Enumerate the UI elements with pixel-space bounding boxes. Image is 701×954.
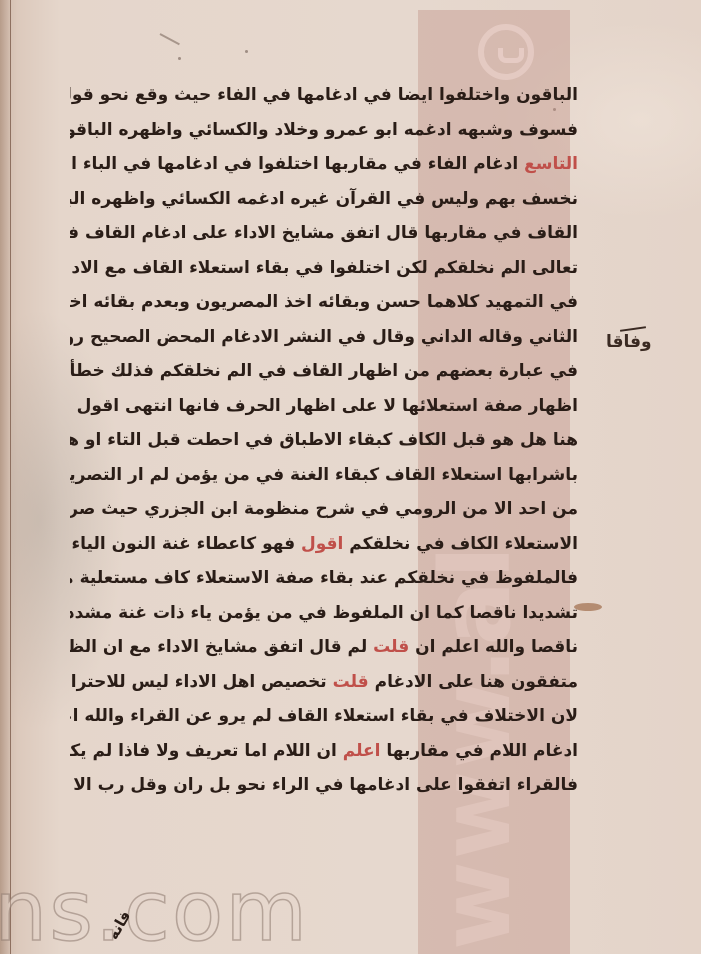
rubric-heading: اقول [301, 534, 343, 554]
rubric-heading: قلت [373, 637, 409, 657]
text-segment: تخصيص اهل الاداء ليس للاحتراز عن القراء … [70, 672, 333, 692]
text-line: في عبارة بعضهم من اظهار القاف في الم نخل… [70, 354, 578, 389]
rubric-heading: التاسع [524, 154, 578, 174]
ink-speck [245, 50, 248, 53]
manuscript-text-block: الباقون واختلفوا ايضا في ادغامها في الفا… [70, 78, 578, 803]
text-segment: فهو كاعطاء غنة النون الياء في من يؤمن [70, 534, 301, 554]
text-line: هنا هل هو قبل الكاف كبقاء الاطباق في احط… [70, 423, 578, 458]
text-segment: فالملفوظ في نخلقكم عند بقاء صفة الاستعلا… [70, 568, 578, 588]
text-segment: الاستعلاء الكاف في نخلقكم [343, 534, 578, 554]
rubric-heading: قلت [333, 672, 369, 692]
text-line: متفقون هنا على الادغام قلت تخصيص اهل الا… [70, 665, 578, 700]
text-line: تعالى الم نخلقكم لكن اختلفوا في بقاء است… [70, 251, 578, 286]
text-segment: في التمهيد كلاهما حسن وبقائه اخذ المصريو… [70, 292, 578, 312]
text-line: باشرابها استعلاء القاف كبقاء الغنة في من… [70, 458, 578, 493]
page-binding-edge [0, 0, 11, 954]
text-segment: متفقون هنا على الادغام [369, 672, 578, 692]
text-line: فالملفوظ في نخلقكم عند بقاء صفة الاستعلا… [70, 561, 578, 596]
margin-note: وفاقا [606, 332, 652, 352]
text-segment: في عبارة بعضهم من اظهار القاف في الم نخل… [70, 361, 578, 381]
text-segment: القاف في مقاربها قال اتفق مشايخ الاداء ع… [70, 223, 578, 243]
text-segment: لم قال اتفق مشايخ الاداء مع ان الظاهر ان… [70, 637, 373, 657]
text-line: التاسع ادغام الفاء في مقاربها اختلفوا في… [70, 147, 578, 182]
ink-stroke [160, 33, 180, 45]
text-segment: لان الاختلاف في بقاء استعلاء القاف لم ير… [70, 706, 578, 726]
text-segment: الباقون واختلفوا ايضا في ادغامها في الفا… [70, 85, 578, 105]
text-segment: ناقصا والله اعلم ان [409, 637, 578, 657]
text-line: نخسف بهم وليس في القرآن غيره ادغمه الكسا… [70, 182, 578, 217]
text-line: فسوف وشبهه ادغمه ابو عمرو وخلاد والكسائي… [70, 113, 578, 148]
text-line: تشديدا ناقصا كما ان الملفوظ في من يؤمن ي… [70, 596, 578, 631]
text-line: ادغام اللام في مقاربها اعلم ان اللام اما… [70, 734, 578, 769]
text-segment: تشديدا ناقصا كما ان الملفوظ في من يؤمن ي… [70, 603, 578, 623]
text-segment: فالقراء اتفقوا على ادغامها في الراء نحو … [70, 775, 578, 795]
text-line: لان الاختلاف في بقاء استعلاء القاف لم ير… [70, 699, 578, 734]
text-segment: ان اللام اما تعريف ولا فاذا لم يكن حرف ت… [70, 741, 343, 761]
text-line: القاف في مقاربها قال اتفق مشايخ الاداء ع… [70, 216, 578, 251]
text-line: الثاني وقاله الداني وقال في النشر الادغا… [70, 320, 578, 355]
text-line: فالقراء اتفقوا على ادغامها في الراء نحو … [70, 768, 578, 803]
text-segment: هنا هل هو قبل الكاف كبقاء الاطباق في احط… [70, 430, 578, 450]
watermark-bottom-text: ns.com [0, 862, 309, 954]
text-line: الاستعلاء الكاف في نخلقكم اقول فهو كاعطا… [70, 527, 578, 562]
text-segment: تعالى الم نخلقكم لكن اختلفوا في بقاء است… [70, 258, 578, 278]
brown-stain [574, 603, 602, 611]
text-segment: اظهار صفة استعلائها لا على اظهار الحرف ف… [70, 396, 578, 416]
text-segment: نخسف بهم وليس في القرآن غيره ادغمه الكسا… [70, 189, 578, 209]
text-line: الباقون واختلفوا ايضا في ادغامها في الفا… [70, 78, 578, 113]
text-line: من احد الا من الرومي في شرح منظومة ابن ا… [70, 492, 578, 527]
manuscript-page: www.al ns.com الباقون واختلفوا ايضا في ا… [0, 0, 701, 954]
rubric-heading: اعلم [343, 741, 381, 761]
text-line: اظهار صفة استعلائها لا على اظهار الحرف ف… [70, 389, 578, 424]
watermark-logo-icon [478, 24, 534, 80]
text-segment: باشرابها استعلاء القاف كبقاء الغنة في من… [70, 465, 578, 485]
text-segment: الثاني وقاله الداني وقال في النشر الادغا… [70, 327, 578, 347]
text-segment: ادغام الفاء في مقاربها اختلفوا في ادغامه… [70, 154, 524, 174]
text-segment: فسوف وشبهه ادغمه ابو عمرو وخلاد والكسائي… [70, 120, 578, 140]
text-line: في التمهيد كلاهما حسن وبقائه اخذ المصريو… [70, 285, 578, 320]
text-segment: من احد الا من الرومي في شرح منظومة ابن ا… [70, 499, 578, 519]
text-segment: ادغام اللام في مقاربها [380, 741, 578, 761]
text-line: ناقصا والله اعلم ان قلت لم قال اتفق مشاي… [70, 630, 578, 665]
ink-speck [178, 57, 181, 60]
